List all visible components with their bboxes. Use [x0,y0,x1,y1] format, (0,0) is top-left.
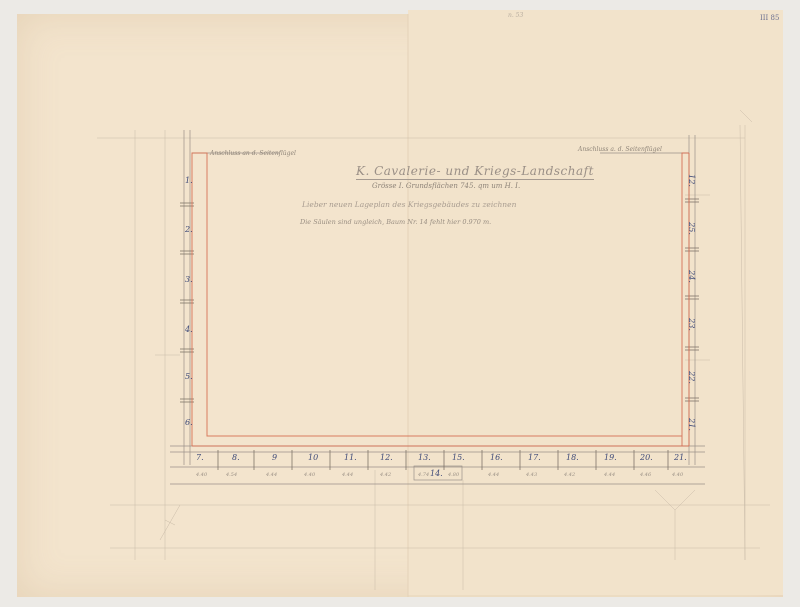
bay-number-bottom: 15. [452,453,465,462]
dimension-label: 4.80 [448,472,459,478]
dimension-label: 4.42 [564,472,575,478]
bay-number-box: 14. [430,469,443,478]
bay-number-bottom: 8. [232,453,240,462]
dimension-label: 4.54 [226,472,237,478]
title-block-title: K. Cavalerie- und Kriegs-Landschaft [356,164,594,180]
bay-number-bottom: 21. [674,453,687,462]
bay-number-left: 3. [185,275,193,284]
bay-number-left: 2. [185,225,193,234]
bay-number-bottom: 10 [308,453,318,462]
title-block-line-1: Grösse I. Grundsflächen 745. qm um H. I. [372,182,520,190]
dimension-label: 4.40 [304,472,315,478]
dimension-label: 4.44 [604,472,615,478]
bay-number-bottom: 7. [196,453,204,462]
bay-number-left: 1. [185,176,193,185]
bay-number-right: 23. [687,318,696,331]
dimension-label: 4.44 [488,472,499,478]
bay-number-left: 6. [185,418,193,427]
dimension-label: 4.40 [672,472,683,478]
bay-number-right: 12. [687,174,696,187]
dimension-label: 4.74 [418,472,429,478]
title-block-line-3: Die Säulen sind ungleich, Baum Nr. 14 fe… [300,218,491,226]
dimension-label: 4.40 [196,472,207,478]
bay-number-bottom: 9 [272,453,277,462]
bay-number-bottom: 12. [380,453,393,462]
bay-number-right: 21. [687,418,696,431]
dimension-label: 4.42 [380,472,391,478]
bay-number-left: 4. [185,325,193,334]
dimension-label: 4.44 [342,472,353,478]
dimension-label: 4.46 [640,472,651,478]
bay-number-bottom: 19. [604,453,617,462]
bay-number-right: 24. [687,270,696,283]
dimension-label: 4.44 [266,472,277,478]
bay-number-bottom: 11. [344,453,357,462]
corner-note-top-left: Anschluss an d. Seitenflügel [210,150,296,157]
bay-number-bottom: 20. [640,453,653,462]
bay-number-bottom: 16. [490,453,503,462]
corner-note-top-right: Anschluss a. d. Seitenflügel [578,146,662,153]
bay-number-right: 25. [687,222,696,235]
bay-number-bottom: 13. [418,453,431,462]
bay-number-right: 22. [687,371,696,384]
bay-number-bottom: 17. [528,453,541,462]
archive-mark: III 85 [760,14,779,22]
dimension-label: 4.43 [526,472,537,478]
floor-plan-drawing [0,0,800,607]
title-block-line-2: Lieber neuen Lageplan des Kriegsgebäudes… [302,200,516,209]
bay-number-bottom: 18. [566,453,579,462]
top-scribble: n. 53 [508,12,523,19]
bay-number-left: 5. [185,372,193,381]
